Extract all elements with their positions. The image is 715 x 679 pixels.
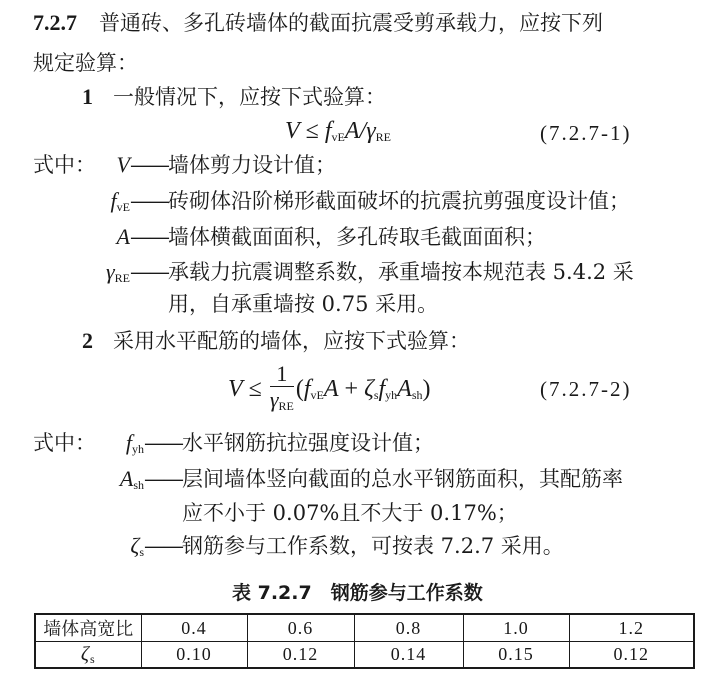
item1-text: 一般情况下，应按下式验算： <box>113 85 386 109</box>
table-cell: 0.10 <box>141 642 247 669</box>
table-cell: 1.0 <box>463 614 569 642</box>
definition-zeta: ζs—— <box>130 533 182 565</box>
item2-line: 2采用水平配筋的墙体，应按下式验算： <box>82 328 470 354</box>
where-label-2: 式中： <box>33 430 96 456</box>
definition-zeta-text: 钢筋参与工作系数，可按表 7.2.7 采用。 <box>182 533 564 559</box>
formula-2-number: (7.2.7-2) <box>540 376 631 402</box>
definition-gammaRE-text: 承载力抗震调整系数，承重墙按本规范表 5.4.2 采 <box>168 259 634 285</box>
table-cell: 0.14 <box>354 642 463 669</box>
coefficient-table: 墙体高宽比 0.4 0.6 0.8 1.0 1.2 ζs 0.10 0.12 0… <box>34 613 695 669</box>
where-label-1: 式中： <box>33 152 96 178</box>
table-cell: 0.4 <box>141 614 247 642</box>
item2-text: 采用水平配筋的墙体，应按下式验算： <box>113 329 470 353</box>
item1-number: 1 <box>82 84 93 109</box>
definition-fvE-text: 砖砌体沿阶梯形截面破坏的抗震抗剪强度设计值； <box>168 188 630 214</box>
definition-A: A—— <box>117 224 168 250</box>
formula-2: V ≤ 1 γRE (fvEA + ζsfyhAsh) <box>228 360 431 424</box>
table-cell: 0.15 <box>463 642 569 669</box>
definition-fyh: fyh—— <box>126 430 182 462</box>
definition-Ash-cont: 应不小于 0.07%且不大于 0.17%； <box>182 500 518 526</box>
definition-Ash: Ash—— <box>120 466 182 498</box>
definition-A-text: 墙体横截面面积，多孔砖取毛截面面积； <box>168 224 546 250</box>
item1-line: 1一般情况下，应按下式验算： <box>82 84 386 110</box>
table-row: ζs 0.10 0.12 0.14 0.15 0.12 <box>35 642 694 669</box>
section-heading-line1: 7.2.7普通砖、多孔砖墙体的截面抗震受剪承载力，应按下列 <box>33 10 603 36</box>
section-title: 普通砖、多孔砖墙体的截面抗震受剪承载力，应按下列 <box>99 11 603 35</box>
formula-1: V ≤ fvEA/γRE <box>285 118 391 150</box>
formula-2-fraction: 1 γRE <box>270 362 294 419</box>
formula-1-number: (7.2.7-1) <box>540 120 631 146</box>
definition-fyh-text: 水平钢筋抗拉强度设计值； <box>182 430 434 456</box>
table-row: 墙体高宽比 0.4 0.6 0.8 1.0 1.2 <box>35 614 694 642</box>
definition-gammaRE: γRE—— <box>106 259 168 291</box>
table-cell: 0.12 <box>569 642 694 669</box>
definition-gammaRE-cont: 用，自承重墙按 0.75 采用。 <box>168 291 438 317</box>
definition-V-text: 墙体剪力设计值； <box>168 152 336 178</box>
table-title: 表 7.2.7 钢筋参与工作系数 <box>232 578 483 605</box>
table-cell: 1.2 <box>569 614 694 642</box>
section-heading-line2: 规定验算： <box>33 50 138 76</box>
table-cell: 0.8 <box>354 614 463 642</box>
section-number: 7.2.7 <box>33 10 77 35</box>
table-cell: 0.12 <box>247 642 354 669</box>
definition-Ash-text: 层间墙体竖向截面的总水平钢筋面积，其配筋率 <box>182 466 623 492</box>
table-row-header: 墙体高宽比 <box>35 614 141 642</box>
item2-number: 2 <box>82 328 93 353</box>
table-cell: 0.6 <box>247 614 354 642</box>
definition-V: V—— <box>117 152 168 178</box>
definition-fvE: fvE—— <box>111 188 168 220</box>
table-row-header: ζs <box>35 642 141 669</box>
